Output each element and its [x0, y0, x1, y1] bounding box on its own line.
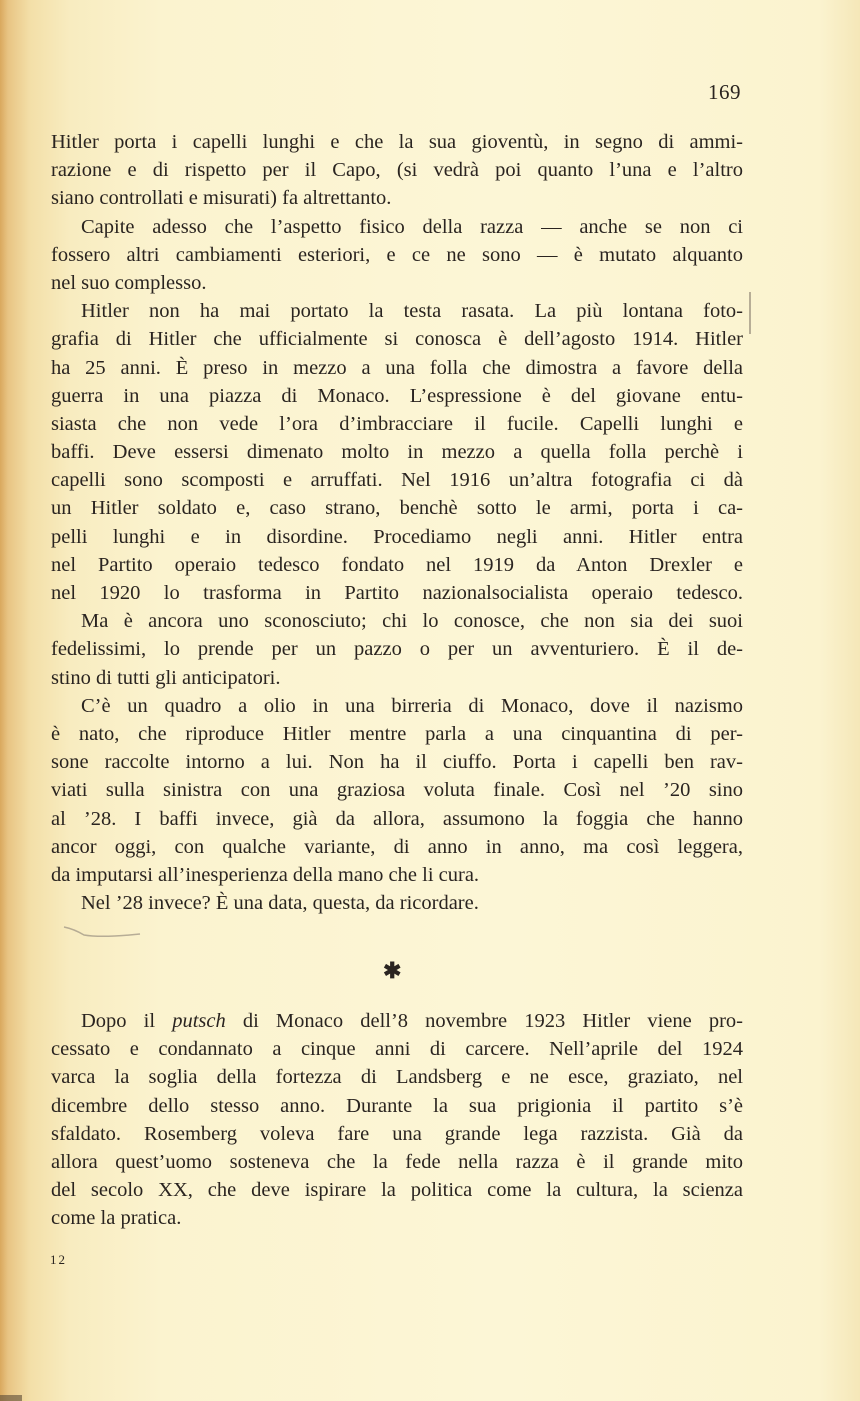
italic-term: putsch [172, 1010, 226, 1032]
text-section-1: Hitler porta i capelli lunghi e che la s… [51, 128, 743, 917]
text-line: razione e di rispetto per il Capo, (si v… [51, 156, 743, 184]
text-line: viati sulla sinistra con una graziosa vo… [51, 776, 743, 804]
book-page: 169 Hitler porta i capelli lunghi e che … [0, 0, 860, 1401]
text-line: Hitler non ha mai portato la testa rasat… [51, 297, 743, 325]
text-line: fossero altri cambiamenti esteriori, e c… [51, 241, 743, 269]
text-line: stino di tutti gli anticipatori. [51, 664, 743, 692]
text-line: Nel ’28 invece? È una data, questa, da r… [51, 889, 743, 917]
text-line: al ’28. I baffi invece, già da allora, a… [51, 805, 743, 833]
text-line: è nato, che riproduce Hitler mentre parl… [51, 720, 743, 748]
text-line: ancor oggi, con qualche variante, di ann… [51, 833, 743, 861]
text-line: nel Partito operaio tedesco fondato nel … [51, 551, 743, 579]
text-line: fedelissimi, lo prende per un pazzo o pe… [51, 635, 743, 663]
text-line: capelli sono scomposti e arruffati. Nel … [51, 466, 743, 494]
page-spine-edge [0, 1395, 22, 1401]
text-section-2: Dopo il putsch di Monaco dell’8 novembre… [51, 1007, 743, 1233]
text-line: sfaldato. Rosemberg voleva fare una gran… [51, 1120, 743, 1148]
text-line: baffi. Deve essersi dimenato molto in me… [51, 438, 743, 466]
text-line: dicembre dello stesso anno. Durante la s… [51, 1092, 743, 1120]
text-line: Ma è ancora uno sconosciuto; chi lo cono… [51, 607, 743, 635]
section-separator-asterisk: ✱ [383, 958, 401, 984]
text-line: un Hitler soldato e, caso strano, benchè… [51, 494, 743, 522]
text-line: cessato e condannato a cinque anni di ca… [51, 1035, 743, 1063]
text-line: del secolo XX, che deve ispirare la poli… [51, 1176, 743, 1204]
pencil-underline-mark [62, 925, 142, 939]
text-line: siasta che non vede l’ora d’imbracciare … [51, 410, 743, 438]
text-line: allora quest’uomo sosteneva che la fede … [51, 1148, 743, 1176]
text-line: Dopo il putsch di Monaco dell’8 novembre… [51, 1007, 743, 1035]
text-line: nel 1920 lo trasforma in Partito naziona… [51, 579, 743, 607]
text-line: sone raccolte intorno a lui. Non ha il c… [51, 748, 743, 776]
text-line: grafia di Hitler che ufficialmente si co… [51, 325, 743, 353]
text-line: ha 25 anni. È preso in mezzo a una folla… [51, 354, 743, 382]
text-line: varca la soglia della fortezza di Landsb… [51, 1063, 743, 1091]
text-line: nel suo complesso. [51, 269, 743, 297]
text-line: da imputarsi all’inesperienza della mano… [51, 861, 743, 889]
text-line: Hitler porta i capelli lunghi e che la s… [51, 128, 743, 156]
page-number: 169 [708, 80, 741, 105]
signature-mark: 12 [50, 1252, 67, 1268]
margin-pencil-mark [749, 292, 751, 334]
text-line: siano controllati e misurati) fa altrett… [51, 184, 743, 212]
text-line: pelli lunghi e in disordine. Procediamo … [51, 523, 743, 551]
text-line: come la pratica. [51, 1204, 743, 1232]
text-line: C’è un quadro a olio in una birreria di … [51, 692, 743, 720]
text-line: guerra in una piazza di Monaco. L’espres… [51, 382, 743, 410]
text-line: Capite adesso che l’aspetto fisico della… [51, 213, 743, 241]
